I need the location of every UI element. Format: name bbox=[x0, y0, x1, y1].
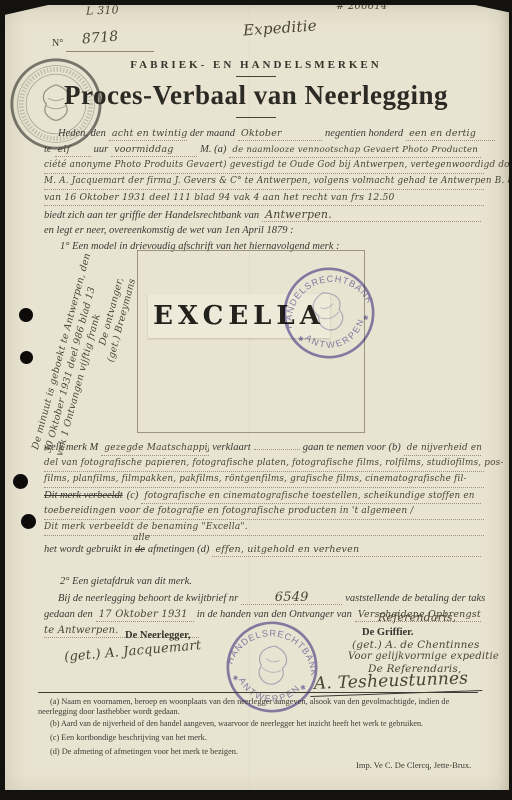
clerk-signature: (get.) A. de Chentinnes bbox=[352, 639, 480, 651]
body-line-6: Dit merk verbeeldt de benaming "Excella"… bbox=[44, 521, 484, 536]
intro-line-4: M. A. Jacquemart der firma J. Gevers & C… bbox=[44, 175, 484, 190]
footnote-d: (d) De afmeting of afmetingen voor het m… bbox=[38, 747, 486, 757]
court-stamp-crest-icon bbox=[256, 644, 288, 686]
stamp-star-right-icon: ✱ bbox=[362, 313, 370, 322]
footnote-a: (a) Naam en voornamen, beroep en woonpla… bbox=[38, 697, 486, 717]
court-stamp-bottom-text: ANTWERPEN bbox=[301, 314, 372, 358]
court-stamp-top-text: HANDELSRECHTBANK bbox=[224, 622, 325, 678]
intro-line-1: Heden, den acht en twintig der maand Okt… bbox=[44, 127, 498, 141]
margin-registration-note: De minuut is geboekt te Antwerpen, den 3… bbox=[30, 218, 152, 464]
certified-copy-note: Voor gelijkvormige expeditie bbox=[348, 651, 499, 662]
photo-corner-top-left bbox=[0, 0, 70, 16]
punch-hole bbox=[13, 474, 28, 489]
svg-text:HANDELSRECHTBANK: HANDELSRECHTBANK bbox=[224, 622, 325, 678]
punch-hole bbox=[20, 351, 33, 364]
punch-hole bbox=[19, 308, 33, 322]
form-category: FABRIEK- EN HANDELSMERKEN bbox=[0, 59, 512, 71]
clerk-label: De Griffier. bbox=[362, 627, 414, 638]
body-line-5: toebereidingen voor de fotografie en fot… bbox=[44, 505, 484, 520]
expeditie-note: Expeditie bbox=[242, 16, 317, 39]
footnote-divider bbox=[38, 692, 478, 693]
receipt-line-1: 2° Een gietafdruk van dit merk. bbox=[44, 575, 500, 589]
photo-corner-top-right bbox=[452, 0, 512, 13]
photo-edge-top bbox=[0, 0, 512, 5]
footnote-c: (c) Een kortbondige beschrijving van het… bbox=[38, 733, 486, 743]
svg-text:ANTWERPEN: ANTWERPEN bbox=[301, 314, 372, 358]
number-value: 8718 bbox=[81, 28, 119, 47]
stamp-star-left-icon: ✱ bbox=[297, 334, 305, 343]
number-underline bbox=[66, 51, 154, 52]
body-line-2: del van fotografische papieren, fotograf… bbox=[44, 457, 484, 472]
stamp-star-right-icon: ✱ bbox=[300, 683, 307, 692]
inserted-word: alle bbox=[133, 532, 150, 545]
body-line-4: Dit merk verbeeldt (c) fotografische en … bbox=[44, 489, 484, 503]
depositor-signature: (get.) A. Jacquemart bbox=[64, 638, 202, 665]
referendaris-title: Referendaris, bbox=[378, 611, 456, 624]
corner-code: L 310 bbox=[86, 3, 119, 17]
receipt-line-2: Bij de neerlegging behoort de kwijtbrief… bbox=[44, 591, 498, 605]
printer-credit: Imp. Ve C. De Clercq, Jette-Brux. bbox=[356, 760, 471, 770]
footnote-b: (b) Aard van de nijverheid of den handel… bbox=[38, 719, 486, 729]
intro-line-2: te elf uur voormiddag M. (a) de naamlooz… bbox=[44, 143, 484, 157]
court-stamp-crest-icon bbox=[310, 289, 348, 334]
photo-edge-bottom bbox=[0, 790, 512, 800]
punch-hole bbox=[21, 514, 36, 529]
document-page: L 310 # 206614 Expeditie N° 8718 FABRIEK… bbox=[0, 0, 512, 800]
body-line-7: het wordt gebruikt in de alle afmetingen… bbox=[44, 541, 484, 555]
page-title: Proces-Verbaal van Neerlegging bbox=[0, 80, 512, 111]
body-line-1: welk merk M gezegde Maatschappij verklaa… bbox=[44, 441, 484, 455]
number-label: N° bbox=[52, 38, 63, 49]
photo-edge-left bbox=[0, 0, 5, 800]
category-rule bbox=[236, 76, 276, 77]
body-line-3: films, planfilms, filmpakken, pakfilms, … bbox=[44, 473, 484, 488]
intro-line-6: biedt zich aan ter griffie der Handelsre… bbox=[44, 208, 484, 222]
title-rule bbox=[236, 117, 276, 118]
intro-line-5: van 16 Oktober 1931 deel 111 blad 94 vak… bbox=[44, 191, 484, 206]
intro-line-3: ciété anonyme Photo Produits Gevaert) ge… bbox=[44, 159, 484, 174]
